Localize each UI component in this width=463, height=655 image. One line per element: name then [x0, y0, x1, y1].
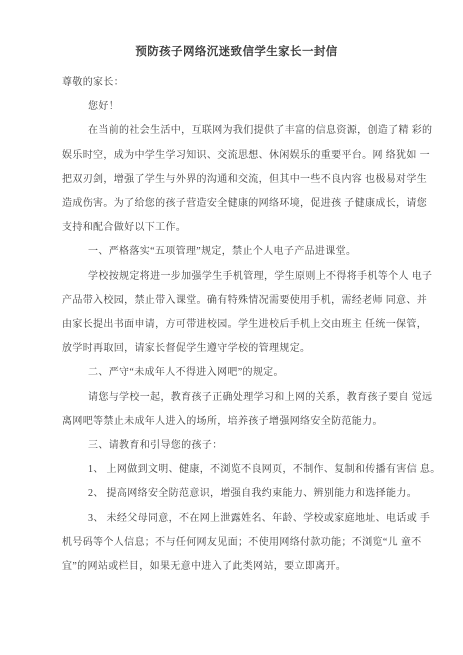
section-3-heading: 三、请教育和引导您的孩子：: [62, 434, 411, 458]
salutation-line: 尊敬的家长：: [62, 71, 411, 95]
greeting-line: 您好！: [62, 95, 411, 119]
paragraph-line: 放学时再取回，请家长督促学生遵守学校的管理规定。: [62, 337, 411, 361]
letter-body: 尊敬的家长： 您好！ 在当前的社会生活中，互联网为我们提供了丰富的信息资源，创造…: [62, 71, 411, 579]
paragraph-line: 由家长提出书面申请，方可带进校园。学生进校后手机上交由班主 任统一保管，: [62, 313, 411, 337]
paragraph-line: 机号码等个人信息；不与任何网友见面；不使用网络付款功能；不浏览“儿 童不: [62, 531, 411, 555]
paragraph-line: 把双刃剑，增强了学生与外界的沟通和交流，但其中一些不良内容 也极易对学生: [62, 168, 411, 192]
paragraph-line: 宜”的网站或栏目，如果无意中进入了此类网站，要立即离开。: [62, 555, 411, 579]
paragraph-line: 产品带入校园，禁止带入课堂。确有特殊情况需要使用手机，需经老师 同意、并: [62, 289, 411, 313]
section-1-heading: 一、严格落实“五项管理”规定，禁止个人电子产品进课堂。: [62, 240, 411, 264]
paragraph-line: 造成伤害。为了给您的孩子营造安全健康的网络环境，促进孩 子健康成长，请您: [62, 192, 411, 216]
paragraph-line: 娱乐时空，成为中学生学习知识、交流思想、休闲娱乐的重要平台。网 络犹如 一: [62, 144, 411, 168]
section-2-heading: 二、严守“未成年人不得进入网吧”的规定。: [62, 361, 411, 385]
letter-title: 预防孩子网络沉迷致信学生家长一封信: [62, 45, 411, 60]
paragraph-line: 离网吧等禁止未成年人进入的场所，培养孩子增强网络安全防范能力。: [62, 410, 411, 434]
paragraph-line: 学校按规定将进一步加强学生手机管理，学生原则上不得将手机等个人 电子: [62, 265, 411, 289]
list-item-3-line: 3、 未经父母同意，不在网上泄露姓名、年龄、学校或家庭地址、电话或 手: [62, 507, 411, 531]
paragraph-line: 支持和配合做好以下工作。: [62, 216, 411, 240]
list-item-1-line: 1、 上网做到文明、健康，不浏览不良网页，不制作、复制和传播有害信 息。: [62, 458, 411, 482]
paragraph-line: 请您与学校一起，教育孩子正确处理学习和上网的关系，教育孩子要自 觉远: [62, 386, 411, 410]
paragraph-line: 在当前的社会生活中，互联网为我们提供了丰富的信息资源，创造了精 彩的: [62, 119, 411, 143]
document-page: 预防孩子网络沉迷致信学生家长一封信 尊敬的家长： 您好！ 在当前的社会生活中，互…: [0, 0, 463, 655]
list-item-2-line: 2、 提高网络安全防范意识，增强自我约束能力、辨别能力和选择能力。: [62, 482, 411, 506]
